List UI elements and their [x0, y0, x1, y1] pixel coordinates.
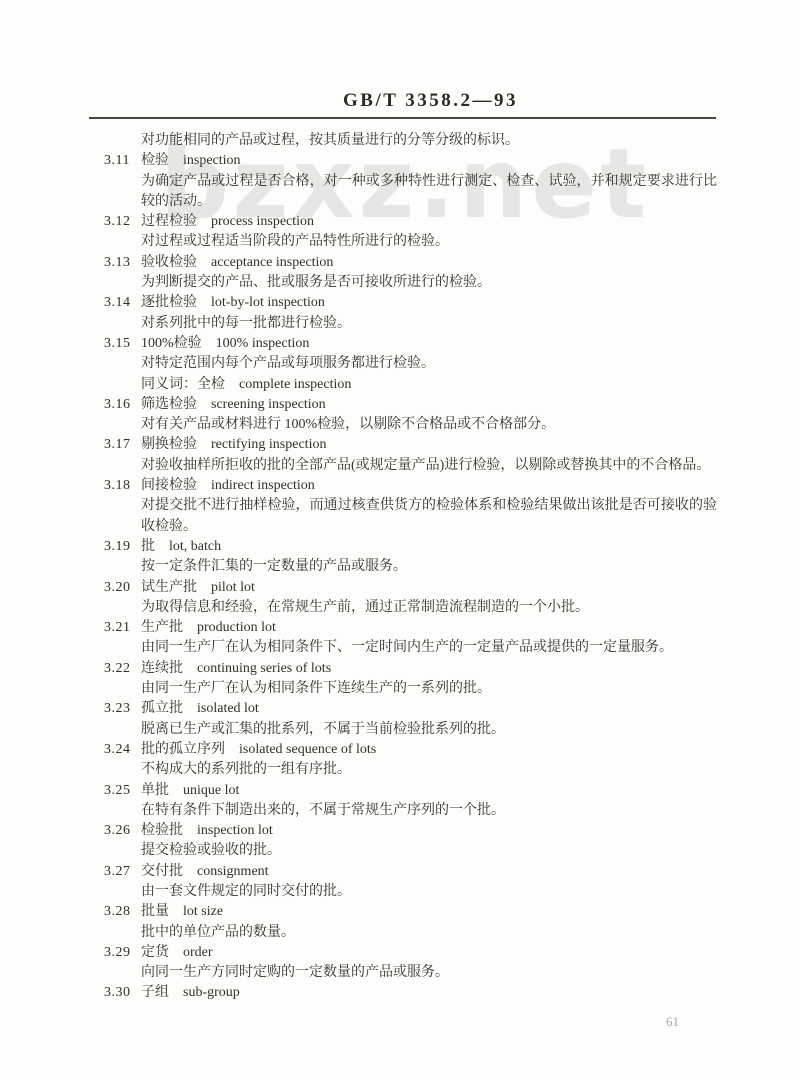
term-entry: 3.15100%检验100% inspection 对特定范围内每个产品或每项服…	[104, 334, 717, 395]
term-definition: 向同一生产方同时定购的一定数量的产品或服务。	[104, 963, 717, 983]
term-number: 3.29	[104, 943, 141, 963]
continued-definition: 对功能相同的产品或过程，按其质量进行的分等分级的标识。	[104, 131, 717, 151]
term-definition: 同义词：全检 complete inspection	[104, 375, 717, 395]
term-english: production lot	[197, 620, 276, 635]
term-entry: 3.30子组sub-group	[104, 983, 717, 1003]
term-heading: 3.17剔换检验rectifying inspection	[104, 435, 717, 455]
term-entry: 3.18间接检验indirect inspection 对提交批不进行抽样检验，…	[104, 476, 717, 537]
document-page: bzxz.net GB/T 3358.2—93 对功能相同的产品或过程，按其质量…	[0, 0, 800, 1079]
term-heading: 3.15100%检验100% inspection	[104, 334, 717, 354]
term-definition: 不构成大的系列批的一组有序批。	[104, 760, 717, 780]
term-entry: 3.12过程检验process inspection 对过程或过程适当阶段的产品…	[104, 212, 717, 253]
term-heading: 3.20试生产批pilot lot	[104, 578, 717, 598]
term-number: 3.18	[104, 476, 141, 496]
term-entry: 3.23孤立批isolated lot 脱离已生产或汇集的批系列，不属于当前检验…	[104, 699, 717, 740]
term-number: 3.16	[104, 395, 141, 415]
term-heading: 3.23孤立批isolated lot	[104, 699, 717, 719]
term-definition: 对提交批不进行抽样检验，而通过核查供货方的检验体系和检验结果做出该批是否可接收的…	[104, 496, 717, 537]
term-english: isolated sequence of lots	[239, 742, 376, 757]
term-english: unique lot	[183, 783, 239, 798]
term-english: lot size	[183, 904, 223, 919]
term-english: acceptance inspection	[211, 255, 333, 270]
term-chinese: 生产批	[141, 620, 183, 635]
term-entry: 3.27交付批consignment 由一套文件规定的同时交付的批。	[104, 862, 717, 903]
term-entry: 3.28批量lot size 批中的单位产品的数量。	[104, 902, 717, 943]
term-heading: 3.21生产批production lot	[104, 618, 717, 638]
term-definition: 在特有条件下制造出来的，不属于常规生产序列的一个批。	[104, 801, 717, 821]
term-chinese: 交付批	[141, 864, 183, 879]
term-english: rectifying inspection	[211, 437, 326, 452]
term-definition: 按一定条件汇集的一定数量的产品或服务。	[104, 557, 717, 577]
term-heading: 3.14逐批检验lot-by-lot inspection	[104, 293, 717, 313]
term-number: 3.21	[104, 618, 141, 638]
term-chinese: 连续批	[141, 661, 183, 676]
term-number: 3.17	[104, 435, 141, 455]
term-entry: 3.17剔换检验rectifying inspection 对验收抽样所拒收的批…	[104, 435, 717, 476]
term-entry: 3.24批的孤立序列isolated sequence of lots 不构成大…	[104, 740, 717, 781]
term-chinese: 筛选检验	[141, 397, 197, 412]
header-rule	[89, 117, 716, 119]
term-heading: 3.30子组sub-group	[104, 983, 717, 1003]
standard-number-heading: GB/T 3358.2—93	[343, 90, 518, 112]
term-chinese: 剔换检验	[141, 437, 197, 452]
term-number: 3.23	[104, 699, 141, 719]
term-english: lot-by-lot inspection	[211, 295, 325, 310]
term-definition: 批中的单位产品的数量。	[104, 923, 717, 943]
term-definition: 由同一生产厂在认为相同条件下、一定时间内生产的一定量产品或提供的一定量服务。	[104, 638, 717, 658]
term-definition: 为判断提交的产品、批或服务是否可接收所进行的检验。	[104, 273, 717, 293]
term-english: sub-group	[183, 985, 240, 1000]
term-definition: 对验收抽样所拒收的批的全部产品(或规定量产品)进行检验，以剔除或替换其中的不合格…	[104, 456, 717, 476]
term-number: 3.12	[104, 212, 141, 232]
term-english: indirect inspection	[211, 478, 315, 493]
term-chinese: 间接检验	[141, 478, 197, 493]
term-chinese: 过程检验	[141, 214, 197, 229]
term-definition: 由一套文件规定的同时交付的批。	[104, 882, 717, 902]
term-number: 3.15	[104, 334, 141, 354]
term-heading: 3.28批量lot size	[104, 902, 717, 922]
term-heading: 3.27交付批consignment	[104, 862, 717, 882]
term-definition: 提交检验或验收的批。	[104, 841, 717, 861]
term-chinese: 验收检验	[141, 255, 197, 270]
term-chinese: 孤立批	[141, 701, 183, 716]
term-english: continuing series of lots	[197, 661, 331, 676]
term-entry: 3.22连续批continuing series of lots 由同一生产厂在…	[104, 659, 717, 700]
term-chinese: 100%检验	[141, 336, 202, 351]
term-heading: 3.13验收检验acceptance inspection	[104, 253, 717, 273]
term-entry: 3.29定货order 向同一生产方同时定购的一定数量的产品或服务。	[104, 943, 717, 984]
term-heading: 3.16筛选检验screening inspection	[104, 395, 717, 415]
term-heading: 3.19批lot, batch	[104, 537, 717, 557]
term-heading: 3.22连续批continuing series of lots	[104, 659, 717, 679]
term-definition: 对特定范围内每个产品或每项服务都进行检验。	[104, 354, 717, 374]
term-chinese: 试生产批	[141, 580, 197, 595]
term-chinese: 定货	[141, 945, 169, 960]
term-number: 3.25	[104, 781, 141, 801]
term-number: 3.13	[104, 253, 141, 273]
term-heading: 3.26检验批inspection lot	[104, 821, 717, 841]
term-number: 3.27	[104, 862, 141, 882]
term-heading: 3.29定货order	[104, 943, 717, 963]
term-chinese: 逐批检验	[141, 295, 197, 310]
term-number: 3.22	[104, 659, 141, 679]
term-number: 3.19	[104, 537, 141, 557]
term-number: 3.28	[104, 902, 141, 922]
term-chinese: 批的孤立序列	[141, 742, 225, 757]
term-heading: 3.25单批unique lot	[104, 781, 717, 801]
term-english: inspection lot	[197, 823, 273, 838]
term-number: 3.20	[104, 578, 141, 598]
term-entry: 3.11检验inspection 为确定产品或过程是否合格，对一种或多种特性进行…	[104, 151, 717, 212]
term-chinese: 批	[141, 539, 155, 554]
term-entry: 3.25单批unique lot 在特有条件下制造出来的，不属于常规生产序列的一…	[104, 781, 717, 822]
term-definition: 对过程或过程适当阶段的产品特性所进行的检验。	[104, 232, 717, 252]
term-english: 100% inspection	[216, 336, 310, 351]
term-chinese: 检验批	[141, 823, 183, 838]
term-heading: 3.18间接检验indirect inspection	[104, 476, 717, 496]
term-definition: 脱离已生产或汇集的批系列，不属于当前检验批系列的批。	[104, 720, 717, 740]
term-english: screening inspection	[211, 397, 326, 412]
term-definition: 对有关产品或材料进行 100%检验，以剔除不合格品或不合格部分。	[104, 415, 717, 435]
term-heading: 3.24批的孤立序列isolated sequence of lots	[104, 740, 717, 760]
terminology-list: 对功能相同的产品或过程，按其质量进行的分等分级的标识。 3.11检验inspec…	[104, 131, 717, 1004]
term-entry: 3.21生产批production lot 由同一生产厂在认为相同条件下、一定时…	[104, 618, 717, 659]
term-entry: 3.26检验批inspection lot 提交检验或验收的批。	[104, 821, 717, 862]
term-entry: 3.13验收检验acceptance inspection 为判断提交的产品、批…	[104, 253, 717, 294]
term-chinese: 单批	[141, 783, 169, 798]
term-definition: 对系列批中的每一批都进行检验。	[104, 314, 717, 334]
term-entry: 3.19批lot, batch 按一定条件汇集的一定数量的产品或服务。	[104, 537, 717, 578]
term-number: 3.30	[104, 983, 141, 1003]
term-number: 3.14	[104, 293, 141, 313]
term-chinese: 检验	[141, 153, 169, 168]
page-number: 61	[666, 1014, 679, 1030]
term-english: lot, batch	[169, 539, 221, 554]
term-chinese: 批量	[141, 904, 169, 919]
term-definition: 由同一生产厂在认为相同条件下连续生产的一系列的批。	[104, 679, 717, 699]
term-english: order	[183, 945, 213, 960]
term-entry: 3.14逐批检验lot-by-lot inspection 对系列批中的每一批都…	[104, 293, 717, 334]
term-english: isolated lot	[197, 701, 259, 716]
term-definition: 为取得信息和经验，在常规生产前，通过正常制造流程制造的一个小批。	[104, 598, 717, 618]
term-number: 3.24	[104, 740, 141, 760]
term-english: process inspection	[211, 214, 314, 229]
term-heading: 3.12过程检验process inspection	[104, 212, 717, 232]
term-english: inspection	[183, 153, 241, 168]
term-english: consignment	[197, 864, 269, 879]
term-heading: 3.11检验inspection	[104, 151, 717, 171]
term-english: pilot lot	[211, 580, 255, 595]
term-entry: 3.16筛选检验screening inspection 对有关产品或材料进行 …	[104, 395, 717, 436]
term-number: 3.26	[104, 821, 141, 841]
term-entries: 3.11检验inspection 为确定产品或过程是否合格，对一种或多种特性进行…	[104, 151, 717, 1003]
term-entry: 3.20试生产批pilot lot 为取得信息和经验，在常规生产前，通过正常制造…	[104, 578, 717, 619]
term-number: 3.11	[104, 151, 141, 171]
term-definition: 为确定产品或过程是否合格，对一种或多种特性进行测定、检查、试验，并和规定要求进行…	[104, 172, 717, 213]
term-chinese: 子组	[141, 985, 169, 1000]
